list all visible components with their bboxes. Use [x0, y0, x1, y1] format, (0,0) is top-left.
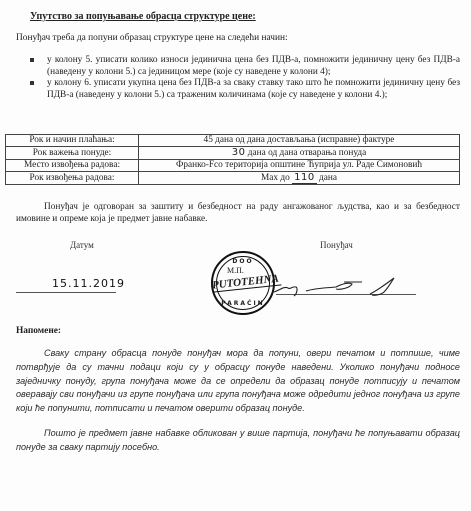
terms-table: Рок и начин плаћања: 45 дана од дана дос… [5, 134, 460, 185]
handwritten-date: 15.11.2019 [52, 277, 125, 290]
bidder-label: Понуђач [320, 240, 353, 250]
responsibility-paragraph: Понуђач је одговоран за заштиту и безбед… [16, 201, 460, 225]
row-label: Рок и начин плаћања: [6, 135, 139, 147]
row-label: Рок извођења радова: [6, 172, 139, 185]
row-value: Франко-Fco територија општине Ћуприја ул… [139, 160, 460, 172]
signature-icon [270, 276, 410, 298]
company-stamp: DOO М.П. PUTOTEHNA PARAĆIN [211, 251, 275, 315]
stamp-mp-text: М.П. [227, 266, 244, 275]
bullet-icon [30, 81, 34, 85]
list-item-text: у колону 6. уписати укупна цена без ПДВ-… [47, 78, 460, 100]
bullet-icon [30, 58, 34, 62]
row-value: 45 дана од дана достављања (исправне) фа… [139, 135, 460, 147]
payment-terms-value: 45 дана од дана достављања (исправне) фа… [204, 135, 395, 145]
notes-heading: Напомене: [16, 326, 61, 336]
date-label: Датум [70, 240, 94, 250]
row-value: Мах до 110 дана [139, 172, 460, 185]
instructions-title: Упутство за попуњавање обрасца структуре… [30, 11, 256, 22]
handwritten-validity-days: 30 [232, 147, 246, 158]
list-item-text: у колону 5. уписати колико износи једини… [47, 55, 460, 77]
table-row: Рок и начин плаћања: 45 дана од дана дос… [6, 135, 460, 147]
handwritten-deadline-days: 110 [292, 172, 317, 184]
deadline-suffix: дана [319, 173, 337, 183]
validity-suffix: дана од дана отварања понуда [248, 148, 366, 158]
table-row: Рок важења понуде: 30 дана од дана отвар… [6, 147, 460, 160]
date-line [16, 292, 116, 293]
table-row: Рок извођења радова: Мах до 110 дана [6, 172, 460, 185]
instructions-intro: Понуђач треба да попуни образац структур… [16, 33, 288, 43]
notes-paragraph: Пошто је предмет јавне набавке обликован… [16, 427, 460, 455]
stamp-city: PARAĆIN [213, 300, 273, 307]
work-location-value: Франко-Fco територија општине Ћуприја ул… [176, 160, 422, 170]
instructions-list: у колону 5. уписати колико износи једини… [28, 55, 460, 101]
deadline-prefix: Мах до [261, 173, 290, 183]
notes-paragraph: Сваку страну обрасца понуде понуђач мора… [16, 347, 460, 416]
row-label: Рок важења понуде: [6, 147, 139, 160]
list-item: у колону 5. уписати колико износи једини… [28, 55, 460, 78]
list-item: у колону 6. уписати укупна цена без ПДВ-… [28, 78, 460, 101]
row-value: 30 дана од дана отварања понуда [139, 147, 460, 160]
stamp-top-text: DOO [213, 258, 273, 265]
row-label: Место извођења радова: [6, 160, 139, 172]
table-row: Место извођења радова: Франко-Fco терито… [6, 160, 460, 172]
